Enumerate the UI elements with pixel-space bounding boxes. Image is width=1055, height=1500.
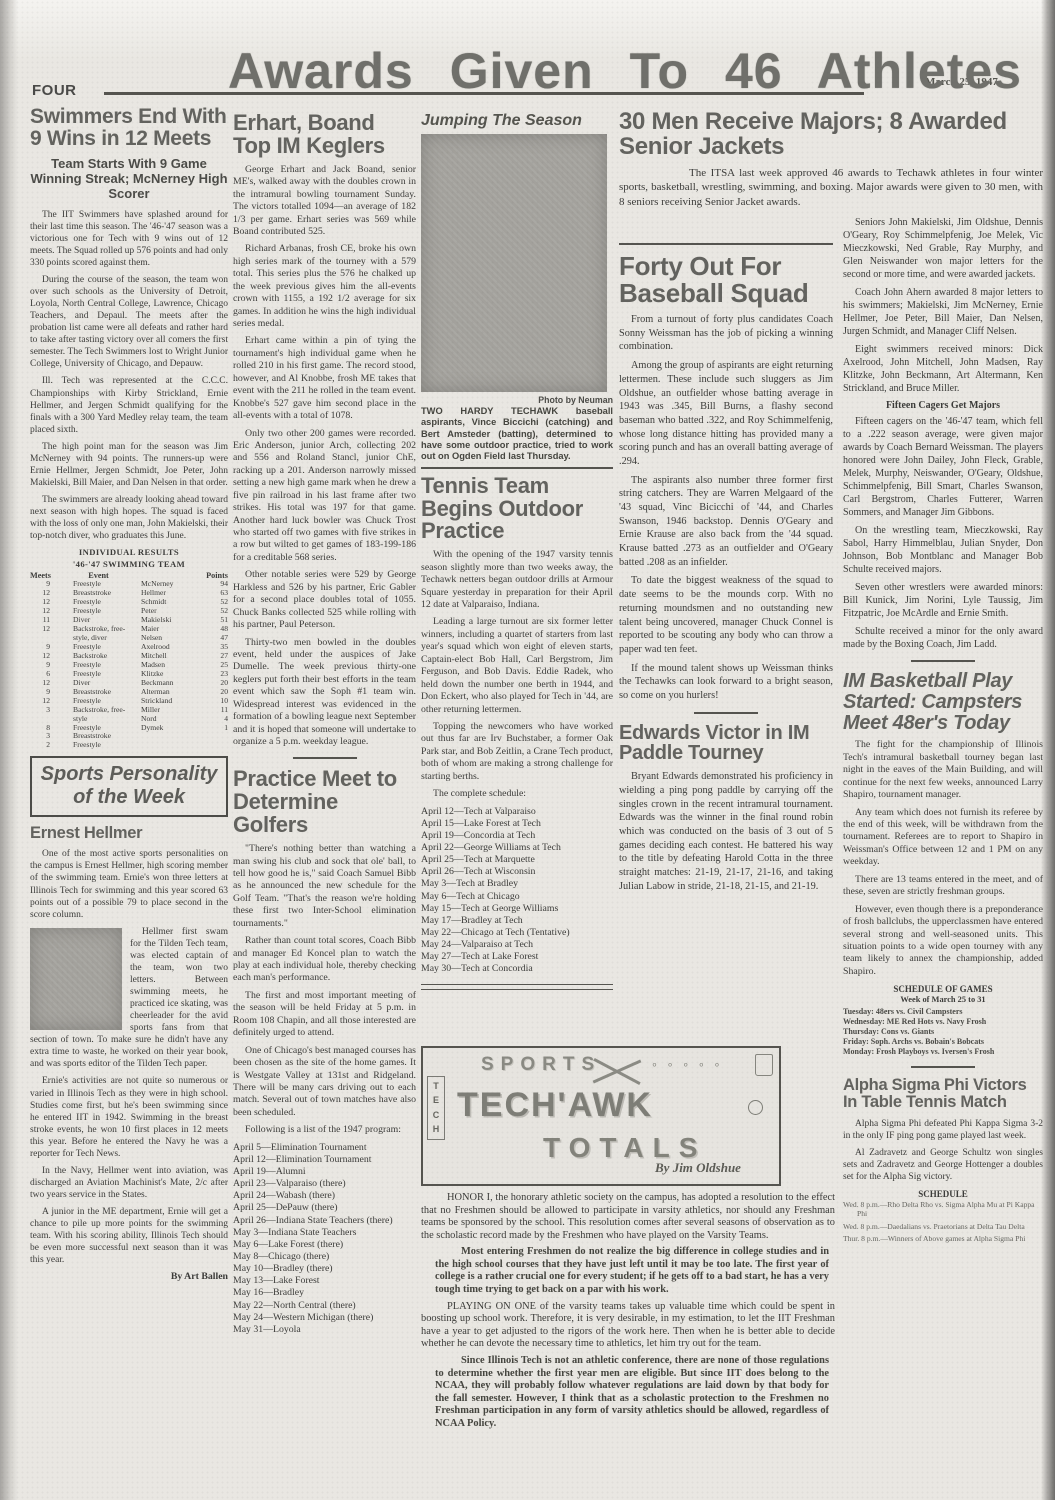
paragraph: From a turnout of forty plus candidates … <box>619 313 833 354</box>
schedule-item: April 25—Tech at Marquette <box>421 854 613 866</box>
hellmer-photo <box>30 928 122 1030</box>
schedule-item: Wed. 8 p.m.—Daedalians vs. Praetorians a… <box>843 1222 1043 1231</box>
table-row: 12FreestyleStrickland10 <box>30 697 228 706</box>
schedule-item: Thur. 8 p.m.—Winners of Above games at A… <box>843 1234 1043 1243</box>
schedule-item: April 24—Wabash (there) <box>233 1190 416 1202</box>
paragraph: However, even though there is a preponde… <box>843 904 1043 979</box>
paragraph: Rather than count total scores, Coach Bi… <box>233 935 416 985</box>
section-rule <box>619 243 833 245</box>
paragraph: With the opening of the 1947 varsity ten… <box>421 549 613 611</box>
paragraph: In the Navy, Hellmer went into aviation,… <box>30 1165 228 1201</box>
vertical-tech-label: TECH <box>427 1076 445 1140</box>
photo-kicker: Jumping The Season <box>421 112 613 130</box>
paragraph: "There's nothing better than watching a … <box>233 843 416 930</box>
column-awards-detail: Seniors John Makielski, Jim Oldshue, Den… <box>843 216 1043 1247</box>
column-swimmers: Swimmers End With 9 Wins in 12 Meets Tea… <box>30 106 228 1282</box>
table-row: style, diverNelsen47 <box>30 634 228 643</box>
paragraph: The swimmers are already looking ahead t… <box>30 494 228 542</box>
swimmers-subhead: Team Starts With 9 Game Winning Streak; … <box>30 156 228 202</box>
table-row: 12FreestylePeter52 <box>30 607 228 616</box>
paragraph: Ill. Tech was represented at the C.C.C. … <box>30 375 228 435</box>
paragraph: Alpha Sigma Phi defeated Phi Kappa Sigma… <box>843 1118 1043 1142</box>
if-schedule: Wed. 8 p.m.—Rho Delta Rho vs. Sigma Alph… <box>843 1200 1043 1244</box>
paragraph: Any team which does not furnish its refe… <box>843 807 1043 869</box>
table-cell: Freestyle <box>59 670 138 679</box>
table-row: 8FreestyleDymek1 <box>30 724 228 733</box>
schedule-item: April 5—Elimination Tournament <box>233 1142 416 1154</box>
paragraph: The first and most important meeting of … <box>233 990 416 1040</box>
table-tennis-body: Alpha Sigma Phi defeated Phi Kappa Sigma… <box>843 1118 1043 1183</box>
paragraph: Topping the newcomers who have worked ou… <box>421 721 613 783</box>
table-cell: 2 <box>30 741 56 750</box>
awards-intro: The ITSA last week approved 46 awards to… <box>619 166 1043 209</box>
schedule-item: Wed. 8 p.m.—Rho Delta Rho vs. Sigma Alph… <box>843 1200 1043 1219</box>
paragraph: Seven other wrestlers were awarded minor… <box>843 581 1043 620</box>
schedule-item: May 31—Loyola <box>233 1324 416 1336</box>
golf-body: "There's nothing better than watching a … <box>233 843 416 1137</box>
newspaper-page: FOUR March 25, 1947 Awards Given To 46 A… <box>0 0 1055 1500</box>
im-basketball-headline: IM Basketball Play Started: Campsters Me… <box>843 671 1043 733</box>
paragraph: Erhart came within a pin of tying the to… <box>233 335 416 422</box>
results-table: 9FreestyleMcNerney9412BreaststrokeHellme… <box>30 580 228 750</box>
table-cell <box>30 634 56 643</box>
tennis-bottom-rule <box>421 984 613 990</box>
if-schedule-title: SCHEDULE <box>843 1189 1043 1199</box>
table-row: 11DiverMakielski51 <box>30 616 228 625</box>
cagers-subhead: Fifteen Cagers Get Majors <box>843 400 1043 411</box>
schedule-item: May 22—Chicago at Tech (Tentative) <box>421 927 613 939</box>
games-list: Tuesday: 48ers vs. Civil CampstersWednes… <box>843 1007 1043 1057</box>
paragraph: Fifteen cagers on the '46-'47 team, whic… <box>843 415 1043 519</box>
paragraph: A junior in the ME department, Ernie wil… <box>30 1206 228 1266</box>
schedule-item: April 15—Lake Forest at Tech <box>421 818 613 830</box>
paragraph: Other notable series were 529 by George … <box>233 569 416 631</box>
games-schedule-week: Week of March 25 to 31 <box>843 995 1043 1004</box>
paddle-headline: Edwards Victor in IM Paddle Tourney <box>619 723 833 765</box>
schedule-item: May 24—Western Michigan (there) <box>233 1312 416 1324</box>
paragraph: On the wrestling team, Mieczkowski, Ray … <box>843 524 1043 576</box>
schedule-item: April 12—Elimination Tournament <box>233 1154 416 1166</box>
main-headline: Awards Given To 46 Athletes <box>228 42 1022 100</box>
tennis-headline: Tennis Team Begins Outdoor Practice <box>421 475 613 544</box>
tennis-schedule: April 12—Tech at ValparaisoApril 15—Lake… <box>421 806 613 976</box>
table-cell: 12 <box>30 652 56 661</box>
paragraph: One of Chicago's best managed courses ha… <box>233 1045 416 1120</box>
table-cell: 9 <box>30 661 56 670</box>
awards-headline: 30 Men Receive Majors; 8 Awarded Senior … <box>619 110 1043 160</box>
swimmers-body: The IIT Swimmers have splashed around fo… <box>30 209 228 543</box>
table-cell: 8 <box>30 724 56 733</box>
schedule-item: April 22—George Williams at Tech <box>421 842 613 854</box>
tennis-body: With the opening of the 1947 varsity ten… <box>421 549 613 800</box>
col-meets: Meets <box>30 571 56 580</box>
paragraph: Since Illinois Tech is not an athletic c… <box>435 1355 829 1430</box>
schedule-item: May 8—Chicago (there) <box>233 1251 416 1263</box>
byline-art-ballen: By Art Ballen <box>30 1271 228 1282</box>
table-row: styleNord4 <box>30 715 228 724</box>
paragraph: Most entering Freshmen do not realize th… <box>435 1246 829 1296</box>
table-row: 12BreaststrokeHellmer63 <box>30 589 228 598</box>
table-row: 9FreestyleMadsen25 <box>30 661 228 670</box>
table-cell <box>30 715 56 724</box>
personality-name: Ernest Hellmer <box>30 825 228 842</box>
game-item: Friday: Soph. Archs vs. Bobain's Bobcats <box>843 1037 1043 1047</box>
schedule-item: May 22—North Central (there) <box>233 1300 416 1312</box>
techawk-totals-graphic: TECH SPORTS ∘ ∘ ∘ ∘ ∘ TECH'AWK TOTALS By… <box>421 1046 781 1186</box>
table-cell: Dymek <box>141 724 199 733</box>
paragraph: The high point man for the season was Ji… <box>30 441 228 489</box>
scan-edge-right <box>1041 0 1055 1500</box>
table-row: 6FreestyleKlitzke23 <box>30 670 228 679</box>
column-keglers-golf: Erhart, Boand Top IM Keglers George Erha… <box>233 112 416 1336</box>
schedule-item: April 12—Tech at Valparaiso <box>421 806 613 818</box>
paragraph: The complete schedule: <box>421 788 613 800</box>
section-rule <box>293 757 357 759</box>
photo-caption: TWO HARDY TECHAWK baseball aspirants, Vi… <box>421 406 613 469</box>
schedule-item: May 6—Tech at Chicago <box>421 891 613 903</box>
golf-schedule: April 5—Elimination TournamentApril 12—E… <box>233 1142 416 1336</box>
table-cell: 12 <box>30 679 56 688</box>
results-header: Meets Event Points <box>30 571 228 580</box>
table-row: 2Freestyle <box>30 741 228 750</box>
schedule-item: April 19—Concordia at Tech <box>421 830 613 842</box>
paddle-body: Bryant Edwards demonstrated his proficie… <box>619 770 833 893</box>
golf-headline: Practice Meet to Determine Golfers <box>233 768 416 837</box>
paragraph: One of the most active sports personalit… <box>30 848 228 920</box>
schedule-item: April 25—DePauw (there) <box>233 1202 416 1214</box>
game-item: Monday: Frosh Playboys vs. Iversen's Fro… <box>843 1047 1043 1057</box>
table-row: 12FreestyleSchmidt52 <box>30 598 228 607</box>
sports-label: SPORTS <box>481 1054 601 1076</box>
table-cell: 3 <box>30 732 56 741</box>
schedule-item: May 24—Valparaiso at Tech <box>421 939 613 951</box>
paragraph: Thirty-two men bowled in the doubles eve… <box>233 637 416 749</box>
table-cell: 12 <box>30 697 56 706</box>
photo-credit: Photo by Neuman <box>421 395 613 405</box>
paragraph: Al Zadravetz and George Schultz won sing… <box>843 1147 1043 1183</box>
section-rule <box>694 712 758 714</box>
schedule-item: May 3—Tech at Bradley <box>421 878 613 890</box>
paragraph: If the mound talent shows up Weissman th… <box>619 662 833 703</box>
schedule-item: May 17—Bradley at Tech <box>421 915 613 927</box>
personality-box-title: Sports Personality of the Week <box>41 763 218 807</box>
page-number: FOUR <box>32 82 77 99</box>
paragraph: The aspirants also number three former f… <box>619 474 833 570</box>
keglers-body: George Erhart and Jack Boand, senior ME'… <box>233 164 416 749</box>
schedule-item: May 3—Indiana State Teachers <box>233 1227 416 1239</box>
paragraph: Seniors John Makielski, Jim Oldshue, Den… <box>843 216 1043 281</box>
table-row: 9BreaststrokeAlterman20 <box>30 688 228 697</box>
paragraph: Leading a large turnout are six former l… <box>421 616 613 716</box>
schedule-item: April 23—Valparaiso (there) <box>233 1178 416 1190</box>
table-cell <box>202 732 228 741</box>
table-cell: 1 <box>202 724 228 733</box>
honor-editorial: HONOR I, the honorary athletic society o… <box>421 1192 835 1434</box>
results-subtitle: '46-'47 SWIMMING TEAM <box>30 559 228 569</box>
paragraph: HONOR I, the honorary athletic society o… <box>421 1192 835 1242</box>
byline-jim-oldshue: By Jim Oldshue <box>655 1160 741 1176</box>
section-rule <box>911 660 975 662</box>
paragraph: Among the group of aspirants are eight r… <box>619 359 833 469</box>
trash-can-doodle <box>755 1054 773 1076</box>
game-item: Wednesday: ME Red Hots vs. Navy Frosh <box>843 1017 1043 1027</box>
column-baseball-paddle: Forty Out For Baseball Squad From a turn… <box>619 243 833 898</box>
game-item: Thursday: Cons vs. Giants <box>843 1027 1043 1037</box>
section-rule <box>911 1066 975 1068</box>
paragraph: To date the biggest weakness of the squa… <box>619 574 833 656</box>
table-cell: Freestyle <box>59 741 138 750</box>
paragraph: Only two other 200 games were recorded. … <box>233 428 416 565</box>
table-cell <box>141 732 199 741</box>
column-photo-tennis: Jumping The Season Photo by Neuman TWO H… <box>421 112 613 998</box>
table-cell: 3 <box>30 706 56 715</box>
schedule-item: May 13—Lake Forest <box>233 1275 416 1287</box>
table-cell: 12 <box>30 625 56 634</box>
paragraph: During the course of the season, the tea… <box>30 274 228 371</box>
schedule-item: May 30—Tech at Concordia <box>421 963 613 975</box>
im-basketball-body: The fight for the championship of Illino… <box>843 739 1043 978</box>
schedule-item: May 16—Bradley <box>233 1287 416 1299</box>
results-title: INDIVIDUAL RESULTS <box>30 547 228 557</box>
schedule-item: May 27—Tech at Lake Forest <box>421 951 613 963</box>
paragraph: Coach John Ahern awarded 8 major letters… <box>843 286 1043 338</box>
awards-more-body: Fifteen cagers on the '46-'47 team, whic… <box>843 415 1043 651</box>
paragraph: There are 13 teams entered in the meet, … <box>843 874 1043 899</box>
ball-doodle <box>748 1100 763 1115</box>
table-row: 12DiverBeckmann20 <box>30 679 228 688</box>
table-row: 12Backstroke, free-Maier48 <box>30 625 228 634</box>
personality-body: One of the most active sports personalit… <box>30 848 228 1266</box>
techawk-label: TECH'AWK <box>457 1086 653 1125</box>
baseball-headline: Forty Out For Baseball Squad <box>619 253 833 307</box>
swimmers-headline: Swimmers End With 9 Wins in 12 Meets <box>30 106 228 150</box>
paragraph: The IIT Swimmers have splashed around fo… <box>30 209 228 269</box>
doodle-dots: ∘ ∘ ∘ ∘ ∘ <box>651 1058 723 1071</box>
table-tennis-headline: Alpha Sigma Phi Victors In Table Tennis … <box>843 1077 1043 1111</box>
paragraph: George Erhart and Jack Boand, senior ME'… <box>233 164 416 239</box>
paragraph: Richard Arbanas, frosh CE, broke his own… <box>233 243 416 330</box>
personality-box: Sports Personality of the Week <box>30 756 228 817</box>
keglers-headline: Erhart, Boand Top IM Keglers <box>233 112 416 158</box>
paragraph: Bryant Edwards demonstrated his proficie… <box>619 770 833 893</box>
table-row: 3Breaststroke <box>30 732 228 741</box>
schedule-item: April 26—Indiana State Teachers (there) <box>233 1215 416 1227</box>
paragraph: PLAYING ON ONE of the varsity teams take… <box>421 1301 835 1351</box>
baseball-body: From a turnout of forty plus candidates … <box>619 313 833 703</box>
table-cell: Backstroke, free- <box>59 706 138 715</box>
paragraph: The fight for the championship of Illino… <box>843 739 1043 801</box>
schedule-item: May 15—Tech at George Williams <box>421 903 613 915</box>
paragraph: Eight swimmers received minors: Dick Axe… <box>843 343 1043 395</box>
baseball-practice-photo <box>421 134 607 392</box>
schedule-item: April 26—Tech at Wisconsin <box>421 866 613 878</box>
schedule-item: May 6—Lake Forest (there) <box>233 1239 416 1251</box>
table-cell: Freestyle <box>59 607 138 616</box>
schedule-item: April 19—Alumni <box>233 1166 416 1178</box>
games-schedule-title: SCHEDULE OF GAMES <box>843 984 1043 994</box>
awards-lead: 30 Men Receive Majors; 8 Awarded Senior … <box>619 110 1043 217</box>
table-row: 9FreestyleMcNerney94 <box>30 580 228 589</box>
paragraph: Following is a list of the 1947 program: <box>233 1124 416 1136</box>
table-row: 12BackstrokeMitchell27 <box>30 652 228 661</box>
seniors-body: Seniors John Makielski, Jim Oldshue, Den… <box>843 216 1043 395</box>
game-item: Tuesday: 48ers vs. Civil Campsters <box>843 1007 1043 1017</box>
paragraph: Schulte received a minor for the only aw… <box>843 625 1043 651</box>
table-row: 3Backstroke, free-Miller11 <box>30 706 228 715</box>
schedule-item: May 10—Bradley (there) <box>233 1263 416 1275</box>
paragraph: Ernie's activities are not quite so nume… <box>30 1075 228 1159</box>
table-cell <box>202 741 228 750</box>
table-row: 9FreestyleAxelrood35 <box>30 643 228 652</box>
table-cell <box>141 741 199 750</box>
scan-edge-left <box>0 0 18 1500</box>
